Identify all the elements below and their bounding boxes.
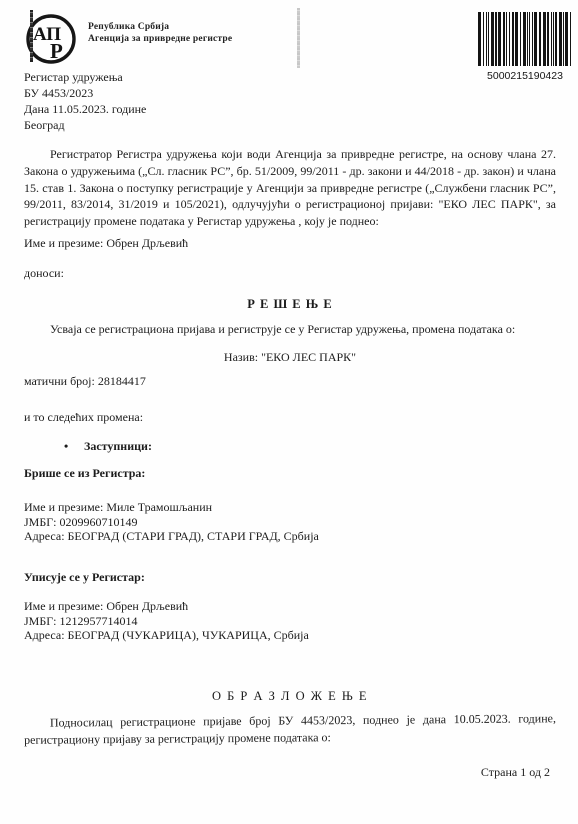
removed-person-jmbg: ЈМБГ: 0209960710149 bbox=[24, 515, 556, 530]
page-indicator: Страна 1 од 2 bbox=[24, 764, 550, 781]
added-person-name: Име и презиме: Обрен Дрљевић bbox=[24, 599, 556, 614]
bullet-icon: • bbox=[64, 438, 84, 455]
apr-logo-monogram-bottom: Р bbox=[50, 39, 63, 63]
removed-person-name: Име и презиме: Миле Трамошљанин bbox=[24, 500, 556, 515]
changes-intro-line: и то следећих промена: bbox=[24, 409, 556, 426]
entry-heading: Уписује се у Регистар: bbox=[24, 569, 556, 586]
barcode: 5000215190423 bbox=[478, 12, 572, 85]
barcode-number: 5000215190423 bbox=[478, 68, 572, 85]
representatives-label: Заступници: bbox=[84, 439, 152, 453]
removed-person-address: Адреса: БЕОГРАД (СТАРИ ГРАД), СТАРИ ГРАД… bbox=[24, 529, 556, 544]
removed-person: Име и презиме: Миле Трамошљанин ЈМБГ: 02… bbox=[24, 500, 556, 544]
association-name-line: Назив: "ЕКО ЛЕС ПАРК" bbox=[24, 349, 556, 366]
submitter-line: Име и презиме: Обрен Дрљевић bbox=[24, 235, 556, 252]
added-person-address: Адреса: БЕОГРАД (ЧУКАРИЦА), ЧУКАРИЦА, Ср… bbox=[24, 628, 556, 643]
registry-id-line: матични број: 28184417 bbox=[24, 373, 556, 390]
case-number: БУ 4453/2023 bbox=[24, 85, 556, 101]
added-person: Име и презиме: Обрен Дрљевић ЈМБГ: 12129… bbox=[24, 599, 556, 643]
rationale-paragraph: Подносилац регистрационе пријаве број БУ… bbox=[24, 710, 556, 748]
register-name: Регистар удружења bbox=[24, 69, 556, 85]
agency-line: Агенција за привредне регистре bbox=[88, 33, 232, 45]
intro-paragraph: Регистратор Регистра удружења који води … bbox=[24, 146, 556, 230]
scan-artifact-left bbox=[30, 10, 33, 62]
adopts-line: доноси: bbox=[24, 265, 556, 282]
removal-heading: Брише се из Регистра: bbox=[24, 465, 556, 482]
approval-paragraph: Усваја се регистрациона пријава и регист… bbox=[24, 321, 556, 338]
scan-artifact-right bbox=[297, 8, 300, 68]
case-header-block: Регистар удружења БУ 4453/2023 Дана 11.0… bbox=[24, 69, 556, 133]
city-line: Београд bbox=[24, 117, 556, 133]
date-line: Дана 11.05.2023. године bbox=[24, 101, 556, 117]
representatives-bullet: •Заступници: bbox=[64, 438, 556, 455]
republic-line: Република Србија bbox=[88, 21, 232, 33]
agency-header: АП Р Република Србија Агенција за привре… bbox=[24, 12, 556, 64]
document-page: 5000215190423 АП Р Република Србија Аген… bbox=[0, 0, 578, 824]
decision-heading: Р Е Ш Е Њ Е bbox=[24, 296, 556, 313]
rationale-heading: О Б Р А З Л О Ж Е Њ Е bbox=[24, 688, 556, 705]
barcode-bars-icon bbox=[478, 12, 572, 66]
agency-name-block: Република Србија Агенција за привредне р… bbox=[88, 21, 232, 45]
added-person-jmbg: ЈМБГ: 1212957714014 bbox=[24, 614, 556, 629]
